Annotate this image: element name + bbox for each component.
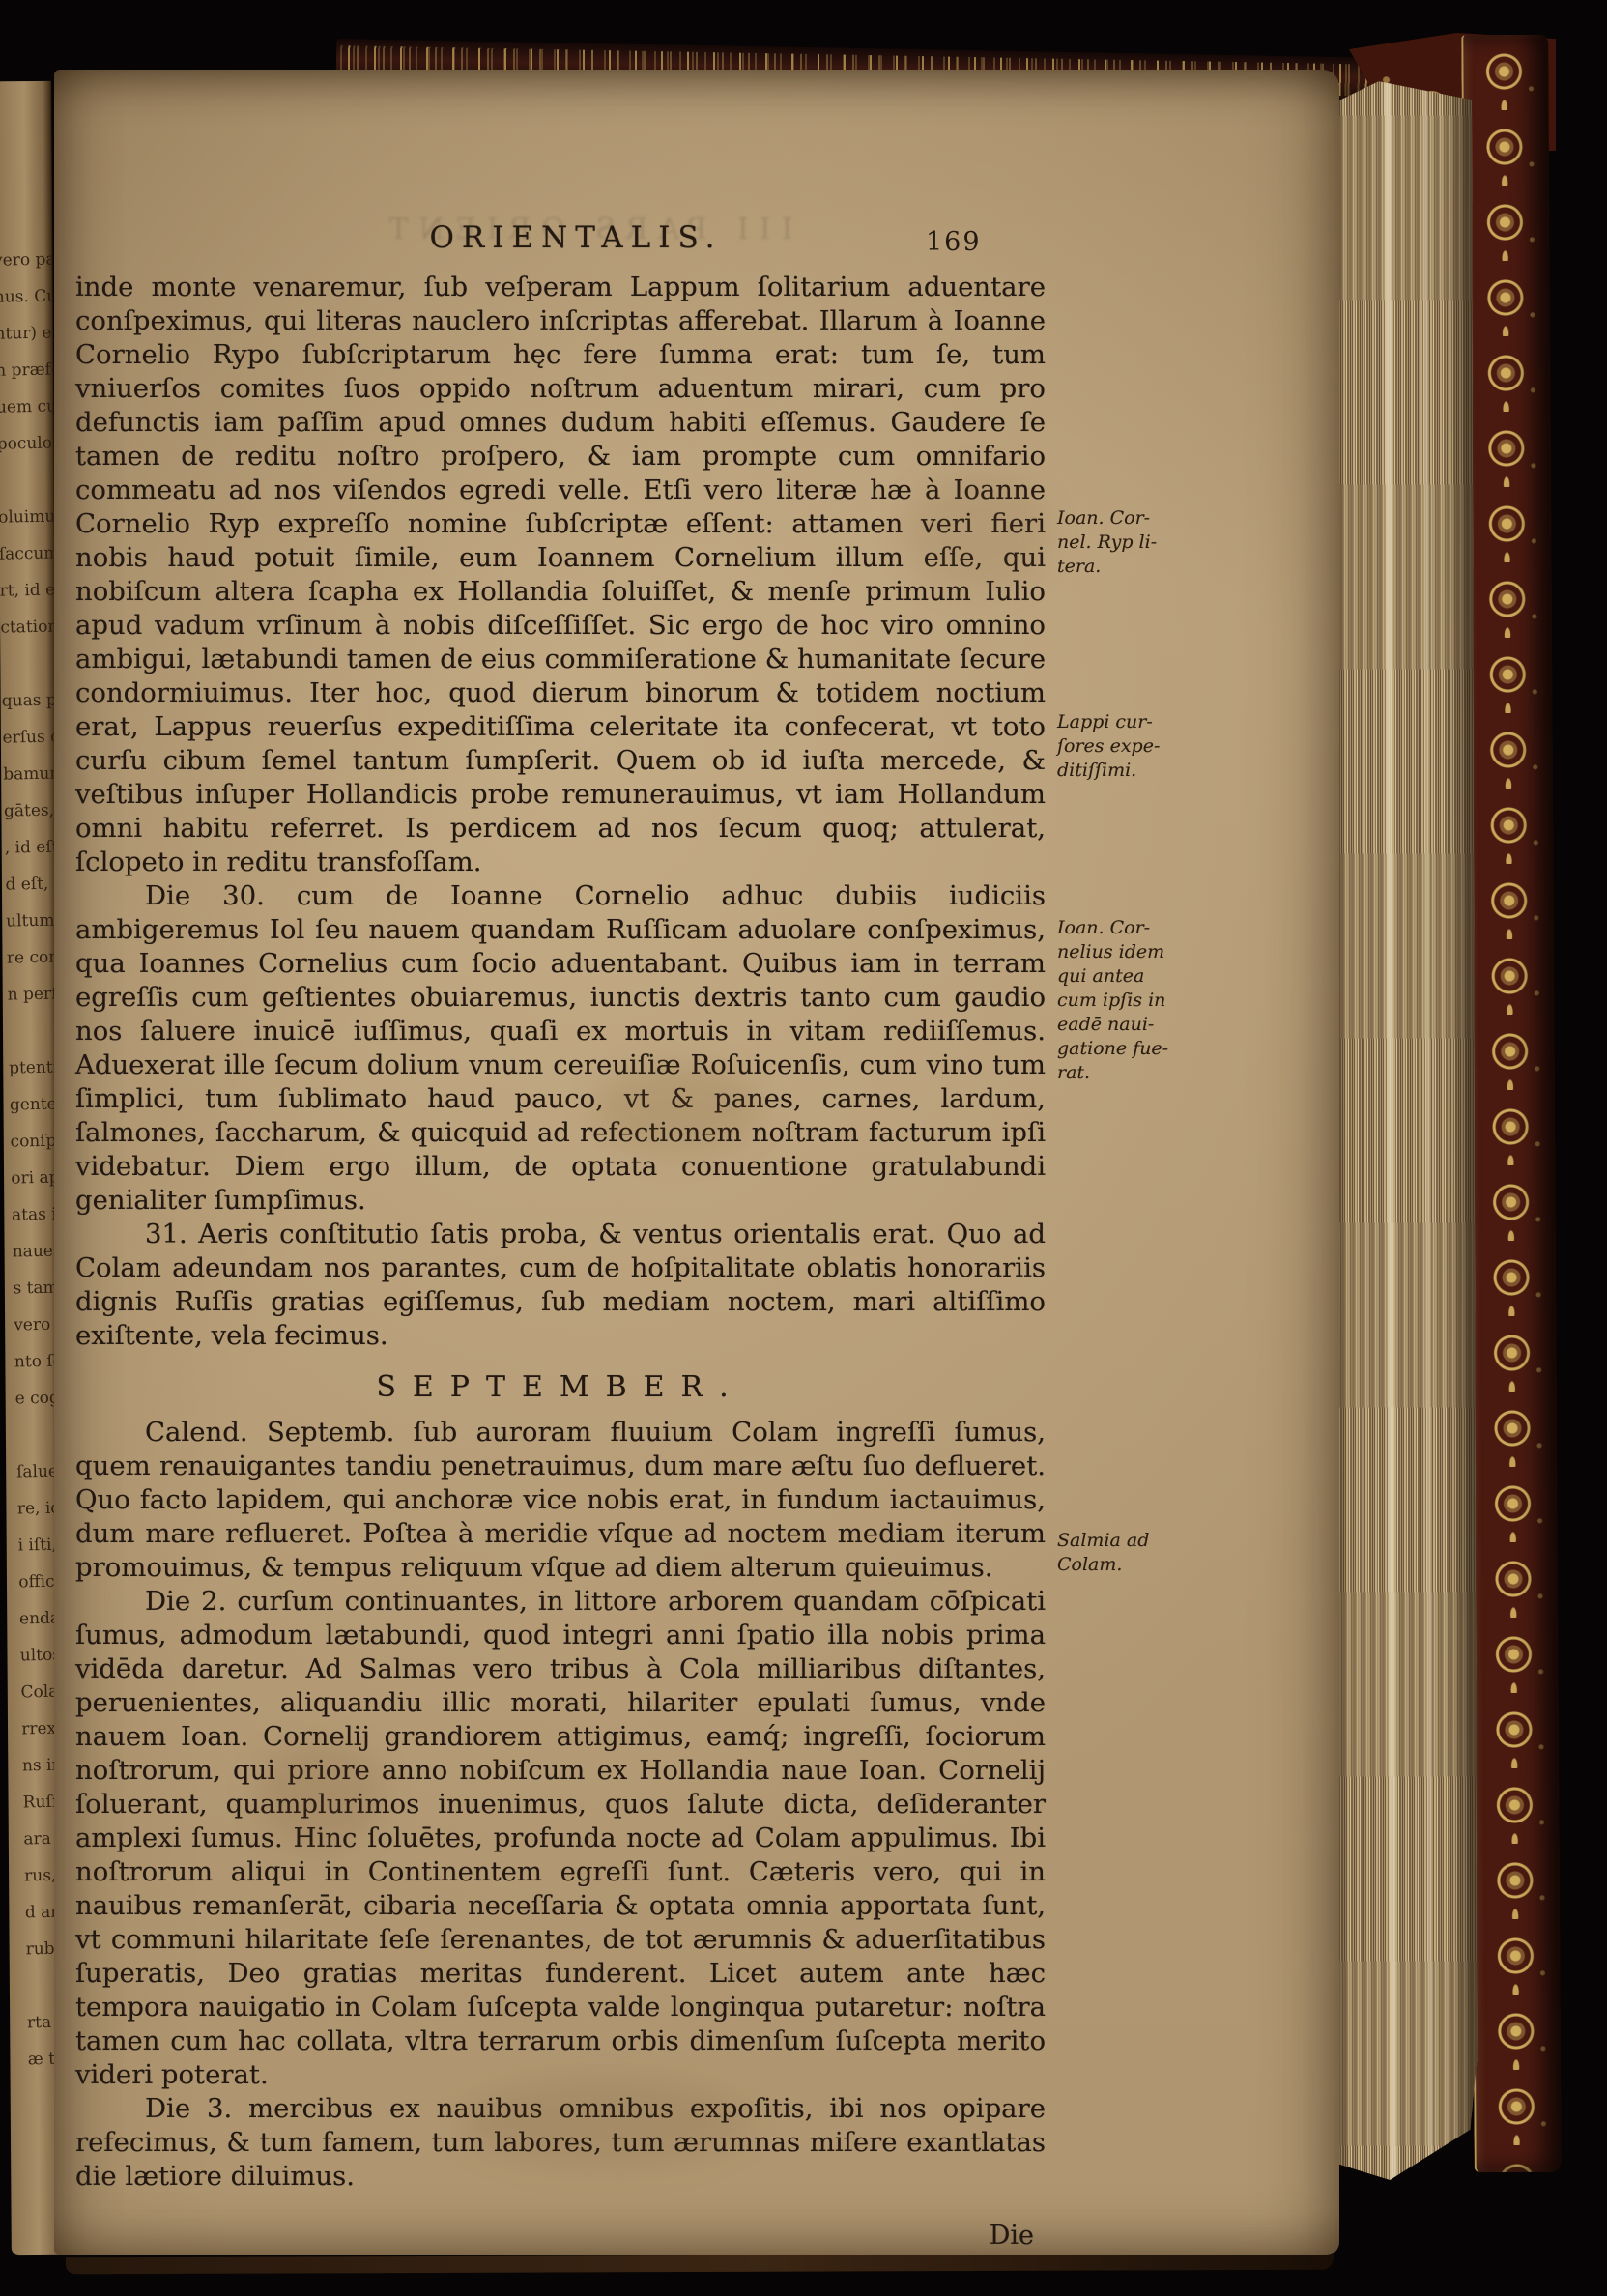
page-number: 169	[926, 227, 982, 257]
paragraph: Die 30. cum de Ioanne Cornelio adhuc dub…	[75, 879, 1046, 1218]
paper-stain	[904, 475, 1049, 591]
margin-note: Lappi cur- ſores expe- ditiſſimi.	[1057, 710, 1207, 783]
book-photo: vero pani nus. Cum i ntur) expo n præfec…	[0, 0, 1607, 2296]
body-text: inde monte venaremur, ſub veſperam Lappu…	[75, 271, 1046, 2253]
paragraph: 31. Aeris conſtitutio ſatis proba, & ven…	[75, 1218, 1046, 1353]
paragraph: Calend. Septemb. ſub auroram fluuium Col…	[75, 1416, 1046, 1585]
paragraph: inde monte venaremur, ſub veſperam Lappu…	[75, 271, 1046, 879]
section-heading: SEPTEMBER.	[75, 1370, 1046, 1404]
page-stack-fore-edge	[1331, 81, 1478, 2180]
running-title: ORIENTALIS.	[93, 220, 1059, 255]
book-page: III PARS ORIENT ORIENTALIS. 169 inde mon…	[54, 70, 1339, 2255]
margin-note: Salmia ad Colam.	[1057, 1529, 1207, 1577]
paper-stain	[460, 2080, 750, 2167]
catchword: Die	[75, 2219, 1046, 2253]
margin-note: Ioan. Cor- nel. Ryp li- tera.	[1057, 506, 1207, 579]
paper-stain	[595, 1065, 760, 1152]
book-bottom-edge	[66, 2253, 1334, 2275]
paragraph: Die 2. curſum continuantes, in littore a…	[75, 1585, 1046, 2092]
margin-note: Ioan. Cor- nelius idem qui antea cum ipſ…	[1057, 916, 1207, 1085]
paper-stain	[257, 1741, 383, 1848]
